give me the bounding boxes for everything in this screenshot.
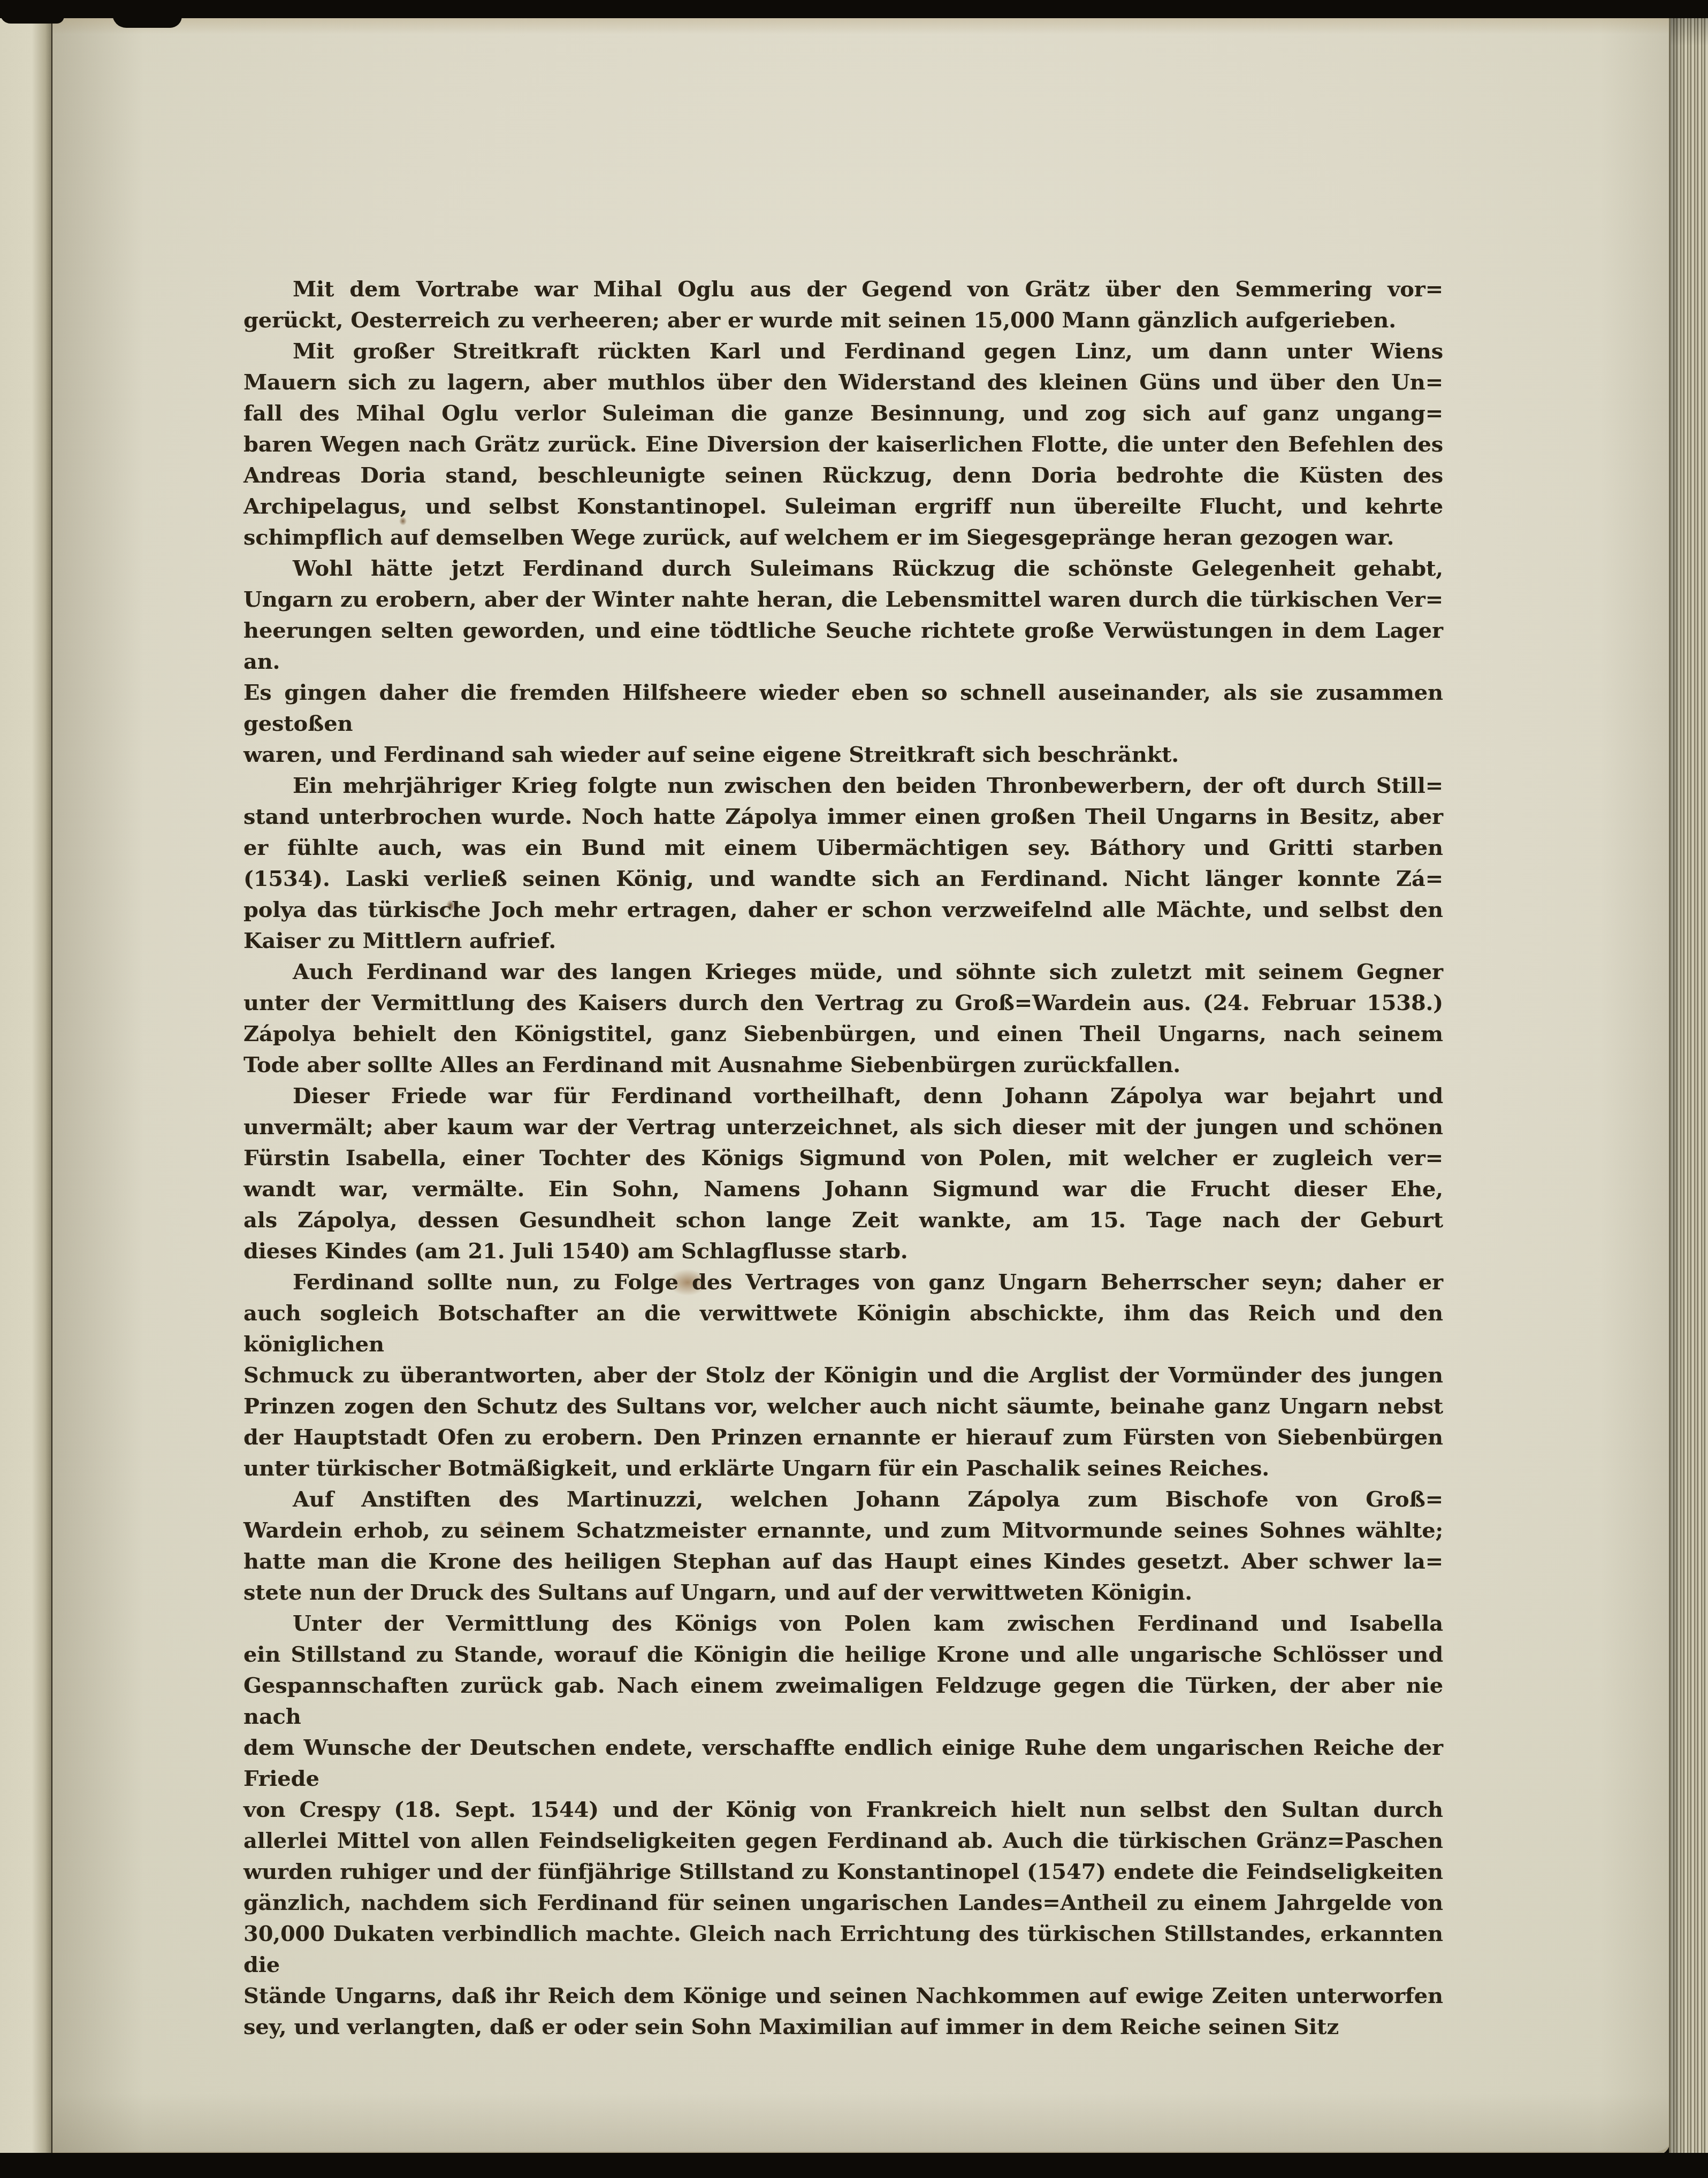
text-line: auch sogleich Botschafter an die verwitt… bbox=[243, 1298, 1443, 1360]
text-line: Unter der Vermittlung des Königs von Pol… bbox=[243, 1608, 1443, 1639]
page-stack-fore-edge bbox=[1669, 14, 1708, 2156]
text-line: waren, und Ferdinand sah wieder auf sein… bbox=[243, 739, 1443, 770]
text-line: Zápolya behielt den Königstitel, ganz Si… bbox=[243, 1019, 1443, 1050]
text-line: Mit großer Streitkraft rückten Karl und … bbox=[243, 336, 1443, 367]
text-line: Tode aber sollte Alles an Ferdinand mit … bbox=[243, 1050, 1443, 1081]
text-line: Wardein erhob, zu seinem Schatzmeister e… bbox=[243, 1515, 1443, 1546]
paragraph: Mit großer Streitkraft rückten Karl und … bbox=[243, 336, 1443, 553]
text-line: stand unterbrochen wurde. Noch hatte Záp… bbox=[243, 801, 1443, 832]
paragraph: Wohl hätte jetzt Ferdinand durch Suleima… bbox=[243, 553, 1443, 770]
text-line: hatte man die Krone des heiligen Stephan… bbox=[243, 1546, 1443, 1577]
text-line: der Hauptstadt Ofen zu erobern. Den Prin… bbox=[243, 1422, 1443, 1453]
book-scan: Mit dem Vortrabe war Mihal Oglu aus der … bbox=[0, 0, 1708, 2178]
text-line: gerückt, Oesterreich zu verheeren; aber … bbox=[243, 305, 1443, 336]
text-line: gänzlich, nachdem sich Ferdinand für sei… bbox=[243, 1887, 1443, 1919]
paragraph: Dieser Friede war für Ferdinand vortheil… bbox=[243, 1081, 1443, 1267]
text-line: allerlei Mittel von allen Feindseligkeit… bbox=[243, 1825, 1443, 1856]
text-line: dieses Kindes (am 21. Juli 1540) am Schl… bbox=[243, 1236, 1443, 1267]
text-line: Kaiser zu Mittlern aufrief. bbox=[243, 926, 1443, 957]
text-line: Stände Ungarns, daß ihr Reich dem Könige… bbox=[243, 1981, 1443, 2012]
text-line: Archipelagus, und selbst Konstantinopel.… bbox=[243, 491, 1443, 522]
paragraph: Mit dem Vortrabe war Mihal Oglu aus der … bbox=[243, 274, 1443, 336]
paragraph: Ein mehrjähriger Krieg folgte nun zwisch… bbox=[243, 770, 1443, 957]
paragraph: Auf Anstiften des Martinuzzi, welchen Jo… bbox=[243, 1484, 1443, 1608]
text-line: Andreas Doria stand, beschleunigte seine… bbox=[243, 460, 1443, 491]
scan-background-top bbox=[0, 0, 1708, 18]
text-line: Es gingen daher die fremden Hilfsheere w… bbox=[243, 677, 1443, 739]
paragraph: Unter der Vermittlung des Königs von Pol… bbox=[243, 1608, 1443, 2043]
text-line: stete nun der Druck des Sultans auf Unga… bbox=[243, 1577, 1443, 1608]
text-line: sey, und verlangten, daß er oder sein So… bbox=[243, 2012, 1443, 2043]
text-line: Schmuck zu überantworten, aber der Stolz… bbox=[243, 1360, 1443, 1391]
text-line: Mit dem Vortrabe war Mihal Oglu aus der … bbox=[243, 274, 1443, 305]
text-line: unvermält; aber kaum war der Vertrag unt… bbox=[243, 1112, 1443, 1143]
scan-background-notch bbox=[112, 0, 182, 28]
text-line: (1534). Laski verließ seinen König, und … bbox=[243, 863, 1443, 895]
scan-background-bottom bbox=[0, 2153, 1708, 2178]
text-line: unter türkischer Botmäßigkeit, und erklä… bbox=[243, 1453, 1443, 1484]
text-line: unter der Vermittlung des Kaisers durch … bbox=[243, 988, 1443, 1019]
text-line: Dieser Friede war für Ferdinand vortheil… bbox=[243, 1081, 1443, 1112]
text-line: Auf Anstiften des Martinuzzi, welchen Jo… bbox=[243, 1484, 1443, 1515]
text-line: wurden ruhiger und der fünfjährige Still… bbox=[243, 1856, 1443, 1887]
text-line: als Zápolya, dessen Gesundheit schon lan… bbox=[243, 1205, 1443, 1236]
text-line: von Crespy (18. Sept. 1544) und der Köni… bbox=[243, 1794, 1443, 1825]
text-line: Mauern sich zu lagern, aber muthlos über… bbox=[243, 367, 1443, 398]
text-line: 30,000 Dukaten verbindlich machte. Gleic… bbox=[243, 1919, 1443, 1981]
previous-page-edge bbox=[0, 16, 51, 2154]
text-line: er fühlte auch, was ein Bund mit einem U… bbox=[243, 832, 1443, 863]
text-line: ein Stillstand zu Stande, worauf die Kön… bbox=[243, 1639, 1443, 1670]
text-line: dem Wunsche der Deutschen endete, versch… bbox=[243, 1732, 1443, 1794]
text-line: Gespannschaften zurück gab. Nach einem z… bbox=[243, 1670, 1443, 1732]
text-line: schimpflich auf demselben Wege zurück, a… bbox=[243, 522, 1443, 553]
text-line: Ein mehrjähriger Krieg folgte nun zwisch… bbox=[243, 770, 1443, 801]
scan-background-notch bbox=[0, 0, 64, 24]
book-page: Mit dem Vortrabe war Mihal Oglu aus der … bbox=[52, 18, 1671, 2156]
text-line: polya das türkische Joch mehr ertragen, … bbox=[243, 895, 1443, 926]
text-line: Wohl hätte jetzt Ferdinand durch Suleima… bbox=[243, 553, 1443, 584]
text-line: Fürstin Isabella, einer Tochter des Köni… bbox=[243, 1143, 1443, 1174]
text-line: baren Wegen nach Grätz zurück. Eine Dive… bbox=[243, 429, 1443, 460]
text-block: Mit dem Vortrabe war Mihal Oglu aus der … bbox=[243, 274, 1443, 2043]
paragraph: Ferdinand sollte nun, zu Folge des Vertr… bbox=[243, 1267, 1443, 1484]
text-line: Ferdinand sollte nun, zu Folge des Vertr… bbox=[243, 1267, 1443, 1298]
text-line: fall des Mihal Oglu verlor Suleiman die … bbox=[243, 398, 1443, 429]
text-line: Auch Ferdinand war des langen Krieges mü… bbox=[243, 957, 1443, 988]
paragraph: Auch Ferdinand war des langen Krieges mü… bbox=[243, 957, 1443, 1081]
text-line: Prinzen zogen den Schutz des Sultans vor… bbox=[243, 1391, 1443, 1422]
text-line: Ungarn zu erobern, aber der Winter nahte… bbox=[243, 584, 1443, 615]
text-line: wandt war, vermälte. Ein Sohn, Namens Jo… bbox=[243, 1174, 1443, 1205]
text-line: heerungen selten geworden, und eine tödt… bbox=[243, 615, 1443, 677]
